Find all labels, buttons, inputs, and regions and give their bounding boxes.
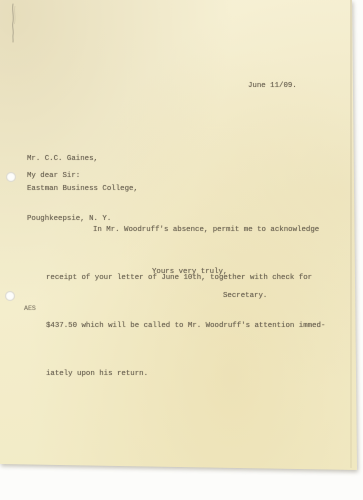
- body-line: $437.50 which will be called to Mr. Wood…: [46, 318, 338, 334]
- salutation: My dear Sir:: [27, 171, 80, 181]
- punch-hole: [5, 291, 15, 301]
- body-line: In Mr. Woodruff's absence, permit me to …: [46, 222, 338, 238]
- body-line: iately upon his return.: [46, 366, 338, 382]
- letter-date: June 11/09.: [248, 81, 297, 91]
- letter-paper: June 11/09. Mr. C.C. Gaines, Eastman Bus…: [0, 0, 357, 472]
- recipient-name: Mr. C.C. Gaines,: [27, 154, 138, 164]
- typist-initials: AES: [24, 304, 36, 314]
- signature-line: Secretary.: [223, 291, 267, 301]
- closing-line: Yours very truly,: [152, 267, 227, 277]
- scanned-letter-page: June 11/09. Mr. C.C. Gaines, Eastman Bus…: [0, 0, 363, 500]
- punch-hole: [6, 172, 16, 182]
- paper-shadow-wrap: June 11/09. Mr. C.C. Gaines, Eastman Bus…: [0, 0, 363, 480]
- pencil-mark: [4, 0, 24, 44]
- letter-body: In Mr. Woodruff's absence, permit me to …: [46, 190, 338, 414]
